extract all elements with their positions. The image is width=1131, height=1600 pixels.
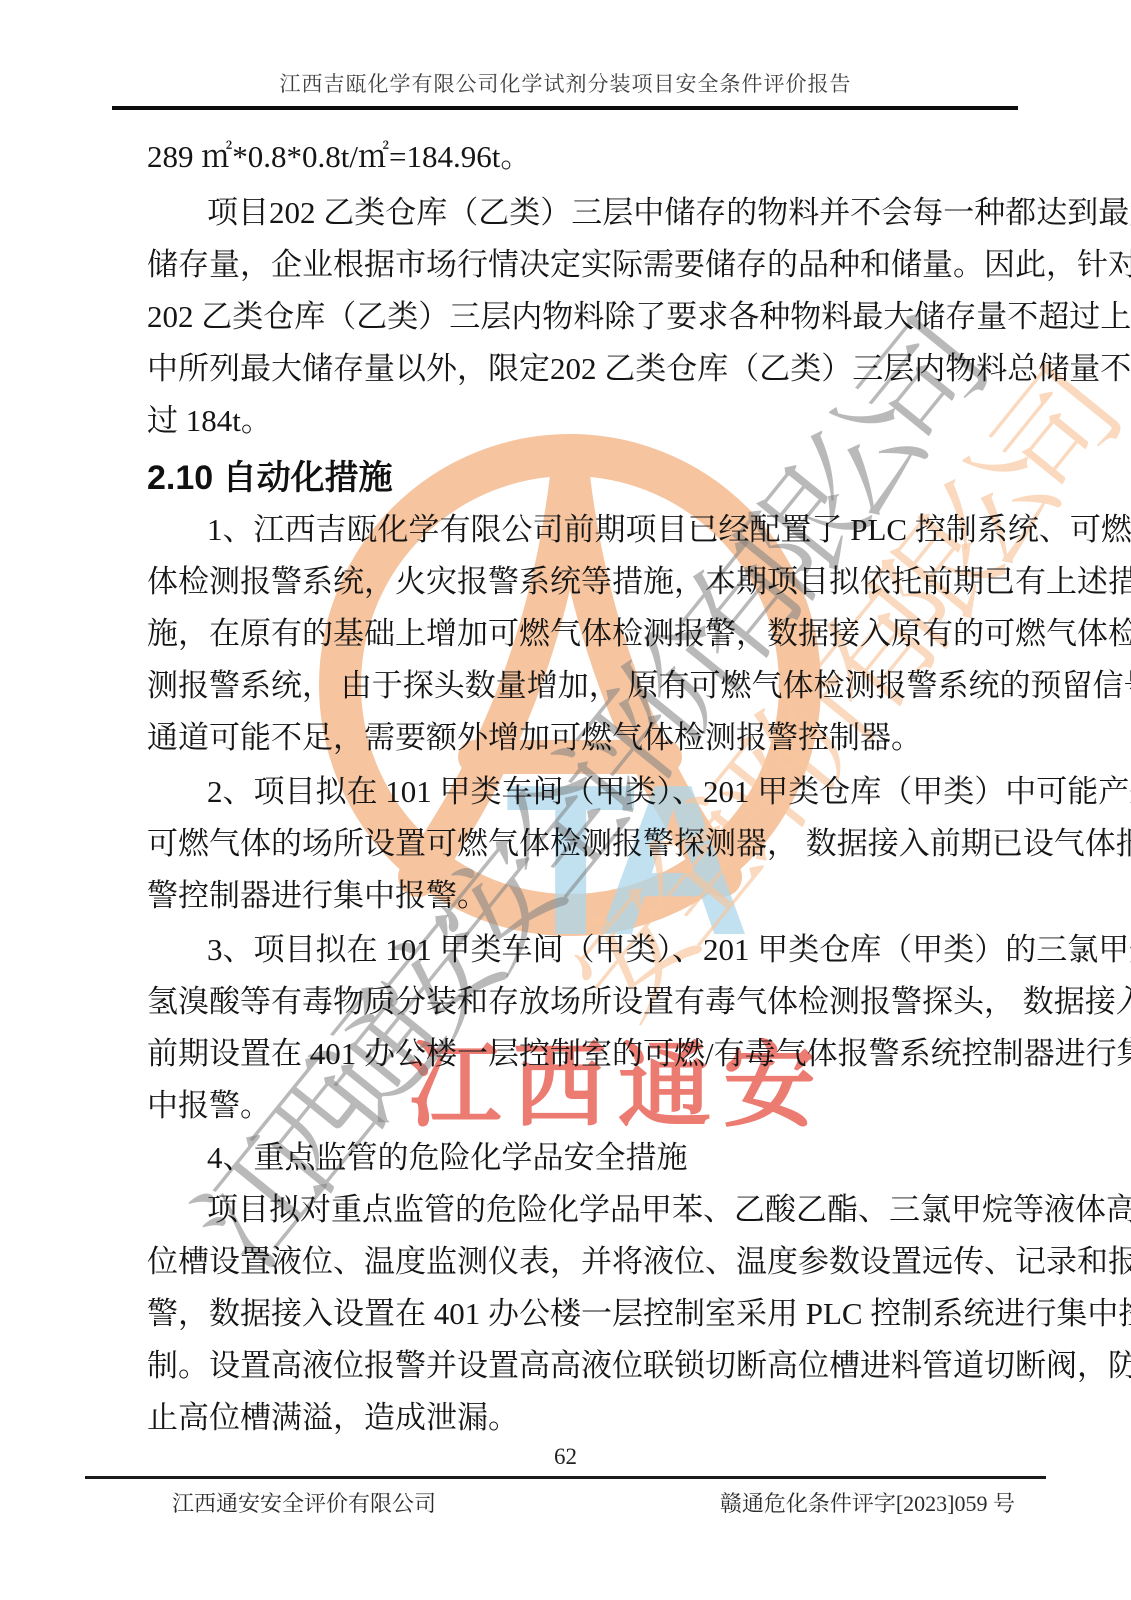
page-header-title: 江西吉瓯化学有限公司化学试剂分装项目安全条件评价报告 xyxy=(0,68,1131,98)
paragraph-5-line: 止高位槽满溢，造成泄漏。 xyxy=(147,1401,1027,1435)
page-number: 62 xyxy=(0,1444,1131,1470)
paragraph-1-line: 储存量，企业根据市场行情决定实际需要储存的品种和储量。因此，针对 xyxy=(147,248,1027,282)
paragraph-3-line: 2、项目拟在 101 甲类车间（甲类）、201 甲类仓库（甲类）中可能产生 xyxy=(207,775,1087,809)
formula-line: 289 ㎡*0.8*0.8t/㎡=184.96t。 xyxy=(147,140,1027,174)
header-divider xyxy=(112,106,1018,110)
paragraph-4-line: 氢溴酸等有毒物质分装和存放场所设置有毒气体检测报警探头， 数据接入 xyxy=(147,985,1027,1019)
section-heading-2-10: 2.10 自动化措施 xyxy=(147,450,393,499)
paragraph-5-heading: 4、重点监管的危险化学品安全措施 xyxy=(207,1141,1087,1175)
paragraph-3-line: 可燃气体的场所设置可燃气体检测报警探测器， 数据接入前期已设气体报 xyxy=(147,827,1027,861)
paragraph-2-line: 体检测报警系统，火灾报警系统等措施，本期项目拟依托前期已有上述措 xyxy=(147,565,1027,599)
footer-company-name: 江西通安安全评价有限公司 xyxy=(172,1487,436,1518)
paragraph-5-line: 位槽设置液位、温度监测仪表，并将液位、温度参数设置远传、记录和报 xyxy=(147,1245,1027,1279)
paragraph-4-line: 中报警。 xyxy=(147,1089,1027,1123)
paragraph-2-line: 通道可能不足，需要额外增加可燃气体检测报警控制器。 xyxy=(147,721,1027,755)
paragraph-5-line: 警，数据接入设置在 401 办公楼一层控制室采用 PLC 控制系统进行集中控 xyxy=(147,1297,1027,1331)
paragraph-4-line: 前期设置在 401 办公楼一层控制室的可燃/有毒气体报警系统控制器进行集 xyxy=(147,1037,1027,1071)
paragraph-3-line: 警控制器进行集中报警。 xyxy=(147,879,1027,913)
paragraph-1-line: 中所列最大储存量以外，限定202 乙类仓库（乙类）三层内物料总储量不超 xyxy=(147,352,1027,386)
paragraph-2-line: 测报警系统， 由于探头数量增加， 原有可燃气体检测报警系统的预留信号 xyxy=(147,669,1027,703)
footer-divider xyxy=(85,1476,1046,1479)
paragraph-5-line: 制。设置高液位报警并设置高高液位联锁切断高位槽进料管道切断阀，防 xyxy=(147,1349,1027,1383)
document-page: TA 安全评价有限公司 江西通安 江西通安安全评价有限公司 江西吉瓯化学有限公司… xyxy=(0,0,1131,1600)
paragraph-4-line: 3、项目拟在 101 甲类车间（甲类）、201 甲类仓库（甲类）的三氯甲烷、 xyxy=(207,933,1087,967)
paragraph-1-line: 项目202 乙类仓库（乙类）三层中储存的物料并不会每一种都达到最大 xyxy=(207,196,1087,230)
paragraph-2-line: 1、江西吉瓯化学有限公司前期项目已经配置了 PLC 控制系统、可燃气 xyxy=(207,513,1087,547)
paragraph-1-line: 202 乙类仓库（乙类）三层内物料除了要求各种物料最大储存量不超过上表 xyxy=(147,300,1027,334)
paragraph-1-line: 过 184t。 xyxy=(147,404,1027,438)
paragraph-2-line: 施，在原有的基础上增加可燃气体检测报警，数据接入原有的可燃气体检 xyxy=(147,617,1027,651)
footer-document-number: 赣通危化条件评字[2023]059 号 xyxy=(720,1487,1015,1518)
paragraph-5-line: 项目拟对重点监管的危险化学品甲苯、乙酸乙酯、三氯甲烷等液体高 xyxy=(207,1193,1087,1227)
